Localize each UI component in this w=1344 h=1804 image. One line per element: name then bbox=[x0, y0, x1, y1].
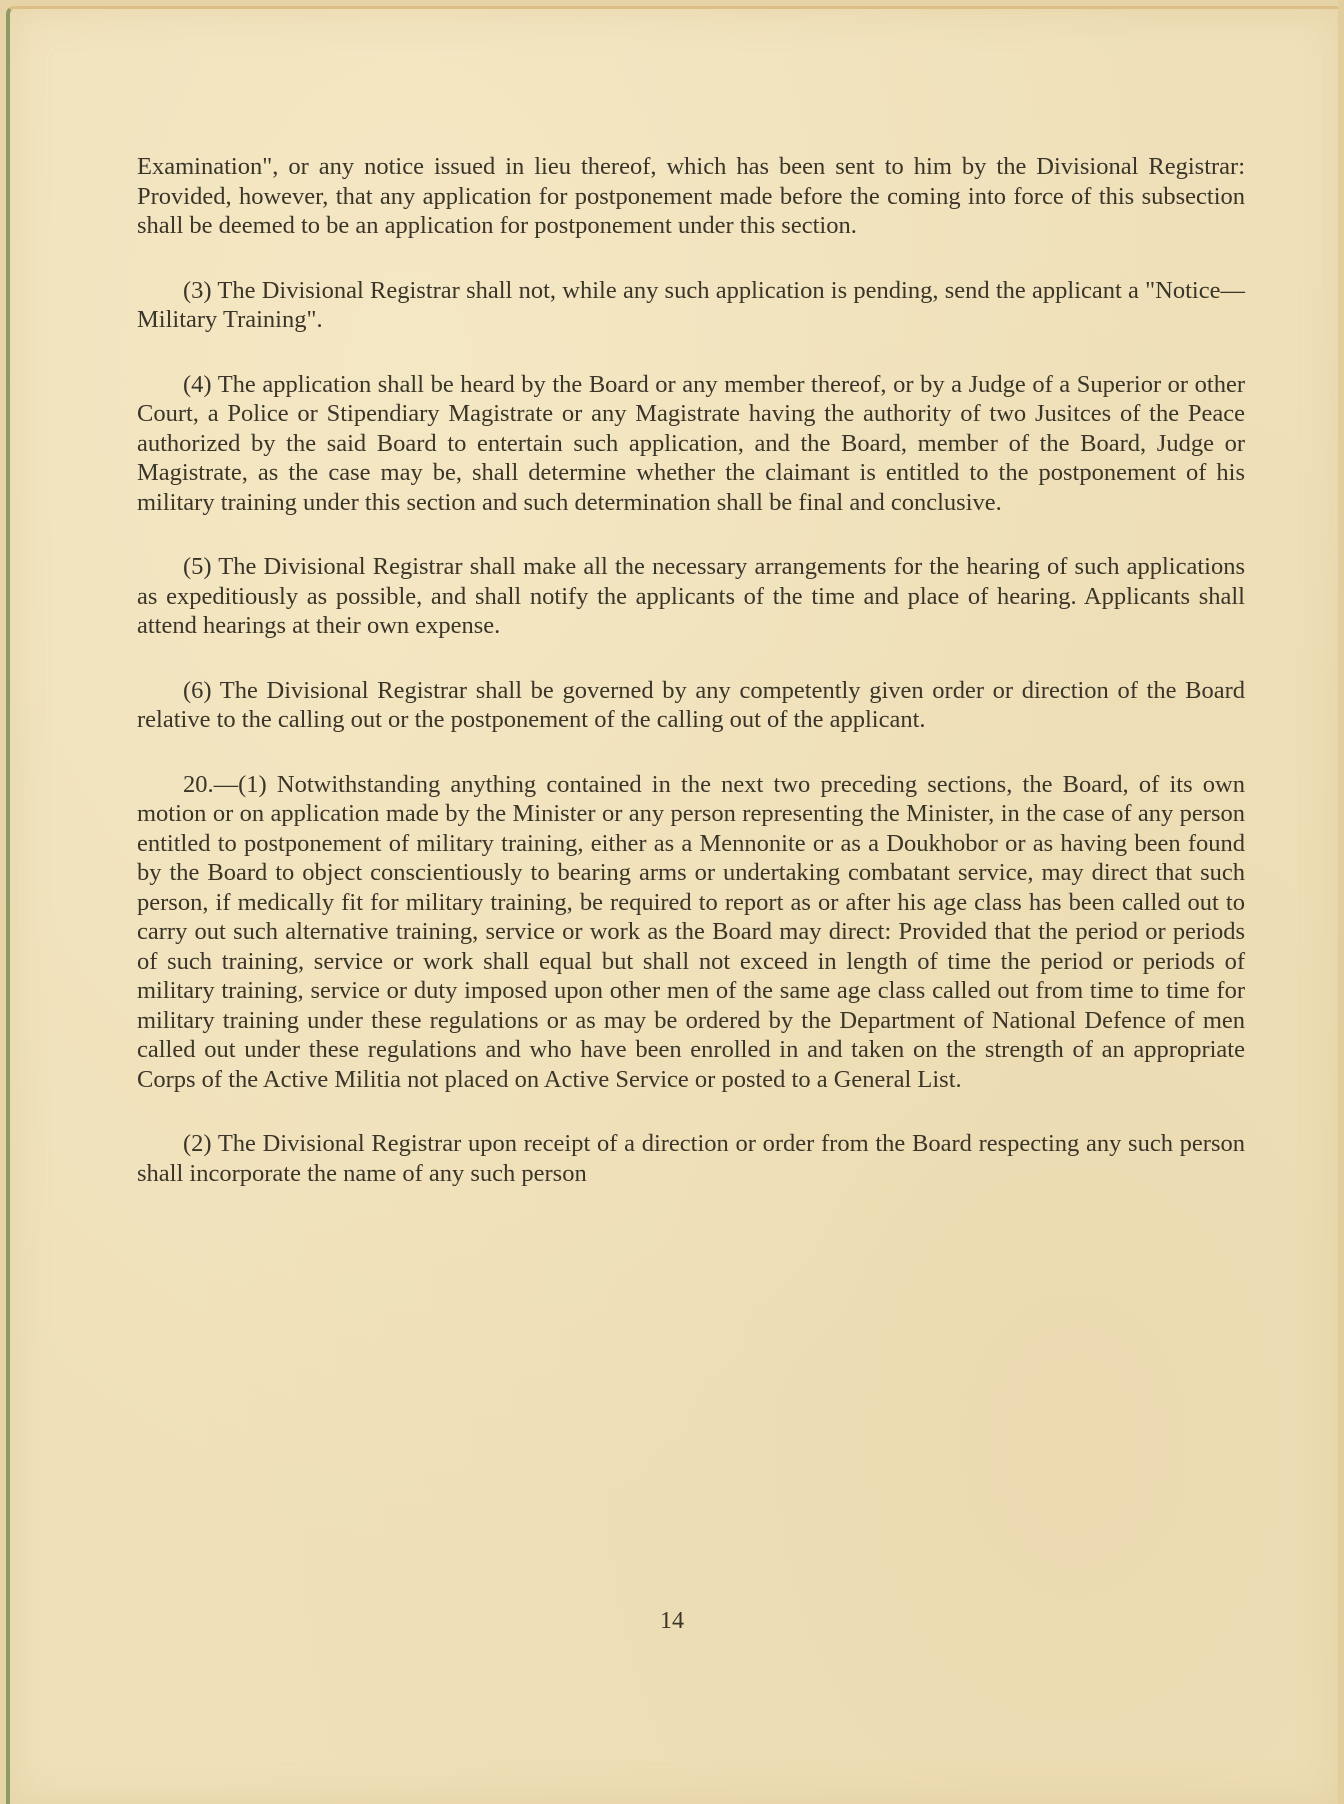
paragraph-subsection-6: (6) The Divisional Registrar shall be go… bbox=[137, 676, 1245, 735]
paragraph-subsection-5: (5) The Divisional Registrar shall make … bbox=[137, 552, 1245, 641]
paragraph-subsection-4: (4) The application shall be heard by th… bbox=[137, 370, 1245, 518]
paragraph-subsection-3: (3) The Divisional Registrar shall not, … bbox=[137, 276, 1245, 335]
paragraph-continuation: Examination", or any notice issued in li… bbox=[137, 152, 1245, 241]
page-edge bbox=[1338, 0, 1344, 1804]
page-number: 14 bbox=[0, 1608, 1344, 1635]
body-text: Examination", or any notice issued in li… bbox=[137, 152, 1245, 1223]
document-page: Examination", or any notice issued in li… bbox=[6, 6, 1340, 1804]
paragraph-section-20-2: (2) The Divisional Registrar upon receip… bbox=[137, 1129, 1245, 1188]
paragraph-section-20-1: 20.—(1) Notwithstanding anything contain… bbox=[137, 770, 1245, 1095]
